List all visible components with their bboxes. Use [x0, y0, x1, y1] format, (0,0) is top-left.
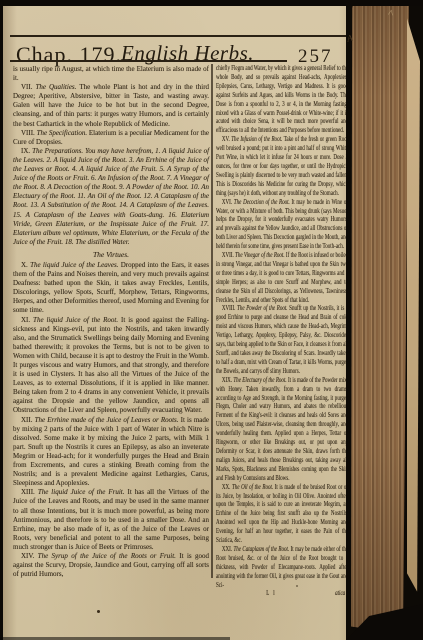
section-number: XII. [21, 416, 32, 424]
section-text: It is made by mixing 2 parts of the Juic… [13, 416, 209, 488]
section-text: You may have herefrom, 1. A liquid Juice… [13, 147, 209, 246]
section-title: The Infusion of the Root. [231, 136, 282, 143]
section-text: Take of the fresh or green Root well bru… [216, 136, 348, 196]
section-title: The Preparations. [32, 147, 83, 155]
section-number: X. [21, 261, 28, 269]
section-text: It is good against the Falling-sickness … [13, 316, 209, 415]
section-title: The Decoction of the Root. [234, 199, 290, 206]
section-text: It has all the Virtues of the Juice of t… [13, 488, 209, 551]
section-paragraph: VII. The Qualities. The whole Plant is h… [13, 83, 209, 128]
virtues-heading: The Virtues. [13, 250, 209, 259]
section-paragraph: XI. The liquid Juice of the Root. It is … [13, 316, 209, 416]
page-title: English Herbs. [121, 41, 254, 66]
paragraph-continuation: is usually ripe in August, at which time… [13, 65, 209, 83]
right-column-inner: chiefly Flegm and Water, by which it giv… [216, 65, 348, 599]
section-number: XIX. [222, 377, 232, 384]
section-paragraph: XXI. The Cataplasm of the Root. It may b… [216, 546, 348, 591]
section-title: The Qualities. [35, 83, 76, 91]
fore-edge-outer-leaf [407, 6, 420, 616]
section-text: It is made of the Powder mixt with Honey… [216, 377, 348, 482]
section-title: The Specification. [37, 129, 88, 137]
footer-line: L latica ; [216, 590, 348, 599]
ink-speck [296, 585, 298, 587]
book-fore-edge [346, 0, 423, 640]
section-paragraph: X. The liquid Juice of the Leaves. Dropp… [13, 261, 209, 316]
section-paragraph: XVIII. The Powder of the Root. Snufft up… [216, 305, 348, 376]
section-paragraph: XIX. The Electuary of the Root. It is ma… [216, 377, 348, 484]
section-paragraph: XX. The Oil of the Root. It is made of t… [216, 484, 348, 546]
section-paragraph: IX. The Preparations. You may have heref… [13, 147, 209, 247]
section-title: The liquid Juice of the Root. [33, 316, 118, 324]
section-title: The Syrup of the Juice of the Roots or F… [38, 552, 176, 560]
section-text: It is made of the bruised Root or of its… [216, 484, 348, 544]
section-title: The Powder of the Root. [237, 305, 288, 312]
column-divider-rule [211, 64, 213, 578]
section-paragraph: XV. The Infusion of the Root. Take of th… [216, 136, 348, 198]
section-paragraph: XVII. The Vinegar of the Root. If the Ro… [216, 252, 348, 305]
section-title: The Electuary of the Root. [233, 377, 286, 384]
section-title: The liquid Juice of the Fruit. [38, 488, 125, 496]
ink-speck [97, 610, 100, 613]
section-title: The Oil of the Root. [232, 484, 273, 491]
section-number: XVI. [222, 199, 232, 206]
signature-mark: L l [266, 590, 276, 599]
header-rule-top [10, 35, 346, 37]
paragraph-continuation: chiefly Flegm and Water, by which it giv… [216, 65, 348, 136]
scan-border-top [0, 0, 423, 6]
section-paragraph: XVI. The Decoction of the Root. It may b… [216, 199, 348, 252]
section-number: IX. [21, 147, 30, 155]
section-number: XI. [21, 316, 30, 324]
header-rule-bottom [10, 60, 287, 62]
section-text: If the Root is infused or boiled in stro… [216, 252, 348, 304]
section-number: XX. [222, 484, 231, 491]
section-title: The Cataplasm of the Root. [233, 546, 289, 553]
section-text: It may be made in Wine or Water, or with… [216, 199, 348, 251]
section-paragraph: VIII. The Specification. Elaterium is a … [13, 129, 209, 147]
section-number: XVIII. [222, 305, 236, 312]
section-number: XV. [222, 136, 230, 143]
section-text: Snufft up the Nostrils, it is a good Err… [216, 305, 348, 374]
right-text-column: chiefly Flegm and Water, by which it giv… [216, 65, 349, 599]
section-number: VIII. [21, 129, 35, 137]
section-number: XIV. [21, 552, 34, 560]
section-paragraph: XIV. The Syrup of the Juice of the Roots… [13, 552, 209, 579]
section-paragraph: XII. The Errhine made of the Juice of Le… [13, 416, 209, 489]
left-text-column: is usually ripe in August, at which time… [13, 65, 209, 579]
section-number: XXI. [222, 546, 232, 553]
section-title: The liquid Juice of the Leaves. [30, 261, 118, 269]
fore-edge-pages-texture [351, 2, 409, 636]
section-number: XVII. [222, 252, 234, 259]
section-title: The Errhine made of the Juice of Leaves … [35, 416, 179, 424]
section-number: XIII. [21, 488, 35, 496]
section-number: VII. [21, 83, 32, 91]
section-title: The Vinegar of the Root. [235, 252, 285, 259]
section-paragraph: XIII. The liquid Juice of the Fruit. It … [13, 488, 209, 552]
